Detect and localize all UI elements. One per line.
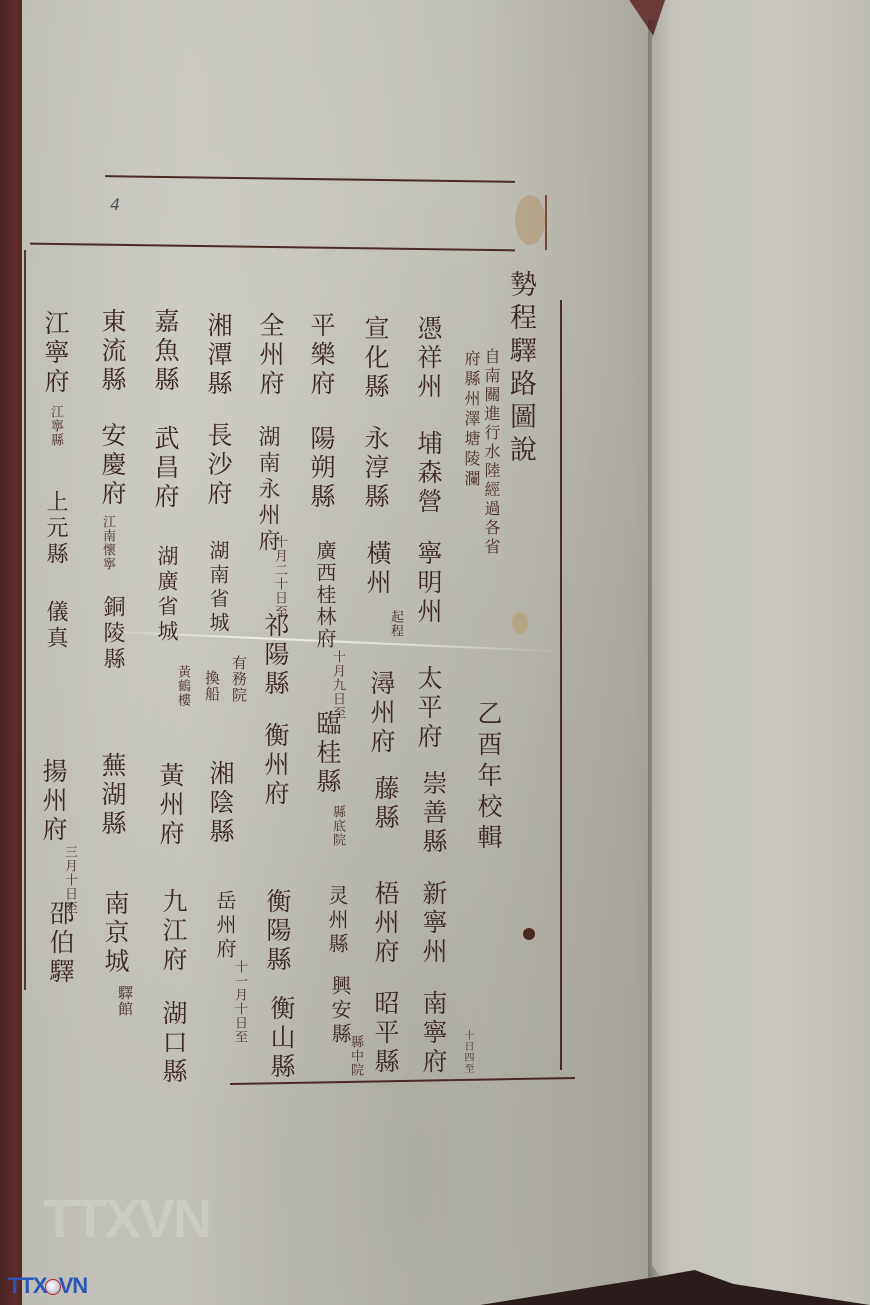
col7-second: 安慶府: [97, 422, 127, 509]
col3-third: 廣西桂林府: [310, 540, 340, 650]
manuscript-title: 𫝑程驛路圖說: [505, 270, 535, 468]
logo-text-left: TTX: [8, 1273, 47, 1298]
col3-note-c: 縣中院: [348, 1035, 362, 1077]
col8-third: 儀真: [40, 600, 70, 652]
col7-fourth: 蕪湖縣: [97, 752, 127, 839]
col3-main: 平樂府: [306, 312, 336, 399]
col6-note-a: 黃鶴樓: [175, 665, 189, 707]
col2-seventh: 昭平縣: [370, 990, 400, 1077]
col6-main: 嘉魚縣: [150, 308, 180, 395]
col1-second: 埔森營: [413, 430, 443, 517]
col1-note: 十日四至: [462, 1030, 472, 1074]
frame-corner-mark: [545, 195, 547, 250]
stain-corner: [515, 195, 545, 245]
col5-fourth: 湘陰縣: [205, 760, 235, 847]
col5-note-b: 換船: [205, 670, 219, 702]
col4-fifth: 衡陽縣: [262, 888, 292, 975]
col3-fourth: 臨桂縣: [312, 710, 342, 797]
col6-third: 湖廣省城: [152, 545, 182, 645]
col1-seventh: 南寧府: [418, 990, 448, 1077]
col6-fifth: 九江府: [158, 888, 188, 975]
col5-note-c: 十一月十日至: [232, 960, 246, 1044]
col1-main: 憑祥州: [413, 315, 443, 402]
subtitle-left: 府縣州澤塘陵瀾: [463, 350, 479, 490]
col2-fifth: 藤縣: [370, 775, 400, 833]
col2-sixth: 梧州府: [370, 880, 400, 967]
col7-third: 銅陵縣: [97, 595, 127, 673]
col6-sixth: 湖口縣: [158, 1000, 188, 1087]
col4-sixth: 衡山縣: [266, 995, 296, 1082]
col1-sixth: 新寧州: [418, 880, 448, 967]
col3-second: 陽朔縣: [306, 425, 336, 512]
col5-third: 湖南省城: [203, 540, 233, 636]
frame-right: [560, 300, 562, 1070]
col8-note-a: 江寧縣: [48, 405, 62, 447]
col7-fifth: 南京城: [100, 890, 130, 977]
page-number: 4: [110, 195, 120, 214]
col2-third: 橫州: [362, 540, 392, 598]
col2-fourth: 潯州府: [366, 670, 396, 757]
right-page: [652, 0, 870, 1305]
ink-dot: [523, 928, 535, 940]
col3-fifth: 灵州縣: [322, 885, 352, 957]
col1-fifth: 崇善縣: [418, 770, 448, 857]
col8-main: 江寧府: [40, 310, 70, 397]
col1-fourth: 太平府: [413, 665, 443, 752]
col4-fourth: 衡州府: [260, 722, 290, 809]
col7-note-b: 驛館: [118, 985, 132, 1017]
logo-text-right: VN: [59, 1273, 88, 1298]
col2-second: 永淳縣: [360, 425, 390, 512]
col3-note-b: 縣底院: [330, 805, 344, 847]
col7-note-a: 江南懷寧: [100, 515, 114, 571]
col4-third: 祁陽縣: [260, 612, 290, 699]
col1-third: 寧明州: [413, 540, 443, 627]
ttxvn-watermark: TTXVN: [43, 1188, 210, 1250]
stain-spot: [512, 612, 528, 634]
col5-note-a: 有務院: [232, 655, 246, 703]
col5-second: 長沙府: [203, 422, 233, 509]
col8-fourth: 揚州府: [38, 758, 68, 845]
col2-main: 宣化縣: [360, 315, 390, 402]
col6-fourth: 黃州府: [155, 762, 185, 849]
subtitle-right: 自南關進行水陸經過各省: [483, 348, 499, 557]
col2-note-a: 起程: [388, 610, 402, 638]
col6-second: 武昌府: [150, 425, 180, 512]
col8-second: 上元縣: [40, 490, 70, 568]
date-note: 乙酉年校輯: [473, 700, 503, 855]
ttxvn-logo: TTXVN: [8, 1273, 87, 1299]
col8-fifth: 邵伯驛: [45, 900, 75, 987]
col5-main: 湘潭縣: [203, 312, 233, 399]
col5-fifth: 岳州府: [210, 890, 240, 962]
frame-left: [24, 250, 26, 990]
col4-note-a: 十月二十日至: [272, 535, 286, 619]
col4-main: 全州府: [255, 312, 285, 399]
col7-main: 東流縣: [97, 308, 127, 395]
